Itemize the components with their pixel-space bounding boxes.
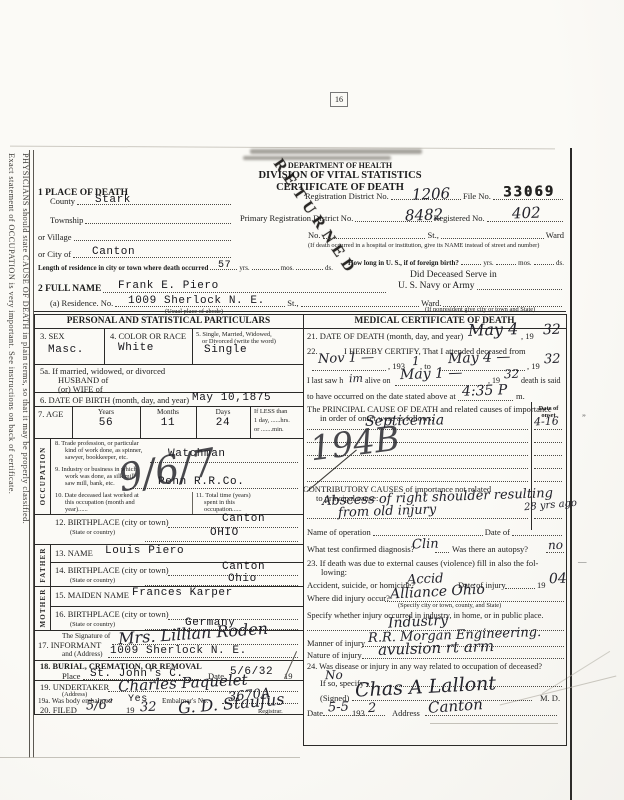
father-birthplace-state: Ohio bbox=[228, 573, 257, 585]
dotted-line bbox=[534, 441, 562, 443]
dotted-line bbox=[458, 399, 513, 401]
city-label: or City of bbox=[38, 250, 71, 260]
attended-to-year-prefix: , 19 bbox=[527, 361, 540, 371]
county-value: Stark bbox=[95, 194, 131, 206]
rule bbox=[250, 406, 251, 438]
file-no-stamp: 33069 bbox=[503, 184, 555, 201]
reg-district-value: 1206 bbox=[412, 184, 451, 203]
rule bbox=[50, 606, 304, 607]
age-label: 7. AGE bbox=[38, 409, 64, 419]
signed-date-value: 5-5 bbox=[328, 700, 349, 716]
age-days-label: Days bbox=[196, 408, 250, 416]
age-years-label: Years bbox=[72, 408, 140, 416]
filed-year-value: 32 bbox=[140, 700, 157, 716]
nature-injury-value: avulsion rt arm bbox=[378, 637, 495, 659]
operation-label: Name of operation bbox=[307, 528, 371, 538]
race-label: 4. COLOR OR RACE bbox=[110, 331, 186, 341]
test-label: What test confirmed diagnosis? bbox=[307, 544, 414, 554]
date-of-death-label: 21. DATE OF DEATH (month, day, and year) bbox=[307, 331, 463, 341]
date-of-death-year-prefix: , 19 bbox=[521, 331, 534, 341]
manner-injury-label: Manner of injury bbox=[307, 638, 365, 648]
date-of-death-year: 32 bbox=[543, 322, 561, 339]
birthplace-sub-label: (State or country) bbox=[70, 529, 115, 537]
rule bbox=[34, 311, 566, 312]
rule bbox=[50, 586, 51, 630]
date-of-birth-label: 6. DATE OF BIRTH (month, day, and year) bbox=[40, 395, 189, 405]
attended-from-value: Nov 1 — bbox=[318, 350, 375, 367]
dotted-line bbox=[323, 714, 385, 716]
item-22-number: 22. bbox=[307, 346, 318, 356]
sex-label: 3. SEX bbox=[40, 331, 65, 341]
rule bbox=[192, 492, 193, 514]
death-is-said-label: death is said bbox=[521, 376, 561, 385]
dotted-line bbox=[534, 454, 562, 456]
dotted-line bbox=[435, 551, 449, 553]
smudged-state-line-2 bbox=[243, 156, 391, 160]
where-injury-note: (Specify city or town, county, and State… bbox=[398, 602, 501, 610]
autopsy-label: Was there an autopsy? bbox=[452, 544, 528, 554]
personal-section-title: PERSONAL AND STATISTICAL PARTICULARS bbox=[34, 316, 303, 327]
industry-label-3: saw mill, bank, etc. bbox=[65, 480, 115, 488]
father-name-label: 13. NAME bbox=[55, 548, 93, 558]
occurred-label: to have occurred on the date stated abov… bbox=[307, 391, 456, 401]
rule bbox=[34, 314, 566, 315]
signed-date-prefix: 193 bbox=[352, 708, 365, 718]
mother-side-label: MOTHER bbox=[39, 588, 47, 627]
dotted-line bbox=[307, 480, 528, 482]
father-name-value: Louis Piero bbox=[105, 545, 184, 557]
husband-wife-label-3: (or) WIFE of bbox=[58, 384, 103, 394]
last-saw-label-1: I last saw h bbox=[307, 376, 343, 385]
mos-label: mos. bbox=[281, 264, 294, 272]
corner-number-box: 16 bbox=[330, 92, 348, 107]
father-birthplace-sub: (State or country) bbox=[70, 577, 115, 585]
date-of-death-value: May 4 bbox=[468, 319, 519, 340]
injury-year-prefix: 19 bbox=[537, 580, 546, 590]
age-days-value: 24 bbox=[196, 417, 250, 429]
residence-value: 1009 Sherlock N. E. bbox=[128, 295, 265, 307]
age-months-value: 11 bbox=[140, 417, 196, 429]
registered-no-value: 402 bbox=[512, 204, 541, 223]
rule bbox=[50, 562, 304, 563]
filed-year-prefix: 19 bbox=[126, 705, 135, 715]
rule bbox=[34, 660, 304, 661]
navy-row: U. S. Navy or Army bbox=[398, 281, 564, 292]
dotted-line bbox=[534, 467, 562, 469]
filed-date-value: 5/6” bbox=[86, 698, 114, 714]
ward-label: Ward bbox=[546, 231, 564, 241]
dotted-line bbox=[312, 369, 386, 371]
street-ward-row: No. St., Ward bbox=[308, 231, 564, 241]
smudged-state-line-1 bbox=[250, 149, 422, 154]
full-name-label: 2 FULL NAME bbox=[38, 284, 101, 295]
residence-label: (a) Residence. No. bbox=[50, 299, 113, 309]
st-label: St., bbox=[427, 231, 438, 241]
corner-number: 16 bbox=[331, 95, 347, 104]
st-label-2: St., bbox=[287, 299, 298, 309]
age-less-label-2: 1 day, ......hrs. bbox=[254, 417, 290, 425]
city-value: Canton bbox=[92, 246, 135, 258]
county-label: County bbox=[50, 197, 75, 207]
dotted-line bbox=[534, 480, 562, 482]
margin-dash-mark: — bbox=[578, 556, 587, 566]
injury-year-value: 04 bbox=[549, 571, 567, 588]
margin-instructions-line2: Exact statement of OCCUPATION is very im… bbox=[7, 153, 16, 494]
dotted-line bbox=[505, 587, 535, 589]
margin-instructions-line1: PHYSICIANS should state CAUSE OF DEATH i… bbox=[21, 153, 30, 524]
margin-ditto-mark: ” bbox=[582, 412, 586, 422]
age-less-label-1: If LESS than bbox=[254, 408, 287, 416]
file-no-label: File No. bbox=[463, 192, 491, 202]
primary-reg-label: Primary Registration District No. bbox=[240, 214, 353, 224]
township-row: Township bbox=[50, 216, 233, 226]
village-row: or Village bbox=[38, 233, 233, 243]
registrar-label: Registrar. bbox=[258, 708, 283, 716]
township-label: Township bbox=[50, 216, 83, 226]
scan-faint-line bbox=[430, 723, 558, 724]
rule bbox=[50, 438, 51, 514]
informant-address: 1009 Sherlock N. E. bbox=[110, 645, 247, 657]
ds-label-2: ds. bbox=[556, 259, 564, 267]
rule bbox=[566, 314, 567, 745]
age-years-value: 56 bbox=[72, 417, 140, 429]
rule bbox=[303, 745, 567, 746]
signed-address-label: Address bbox=[392, 708, 420, 718]
primary-reg-value: 8482 bbox=[405, 205, 444, 224]
medical-section-title: MEDICAL CERTIFICATE OF DEATH bbox=[303, 316, 566, 327]
yrs-label: yrs. bbox=[239, 264, 249, 272]
filed-label: 20. FILED bbox=[40, 705, 77, 715]
rule bbox=[34, 406, 304, 407]
death-certificate-scan: 16 PHYSICIANS should state CAUSE OF DEAT… bbox=[0, 0, 624, 800]
residence-length-label: Length of residence in city or town wher… bbox=[38, 264, 208, 272]
reg-district-label: Registration District No. bbox=[305, 192, 389, 202]
nature-injury-label: Nature of injury bbox=[307, 650, 362, 660]
last-worked-label-3: year)...... bbox=[65, 506, 88, 514]
cause-code-scrawl: 194B bbox=[308, 419, 402, 470]
last-saw-date: May 1 — bbox=[400, 365, 463, 383]
residence-length-row: Length of residence in city or town wher… bbox=[38, 264, 333, 272]
occurred-m-label: m. bbox=[516, 391, 525, 401]
occupation-side-label: OCCUPATION bbox=[39, 447, 47, 506]
dotted-line bbox=[546, 551, 564, 553]
father-birthplace-label: 14. BIRTHPLACE (city or town) bbox=[55, 565, 169, 575]
residence-length-value: 57 bbox=[218, 260, 231, 271]
birthplace-city-value: Canton bbox=[222, 513, 265, 525]
hospital-note: (If death occurred in a hospital or inst… bbox=[308, 242, 539, 250]
attended-to-year-digit: 32 bbox=[544, 352, 561, 368]
marital-value: Single bbox=[204, 344, 247, 356]
last-saw-him: im bbox=[349, 372, 363, 385]
scan-bottom-smudge-line bbox=[0, 757, 300, 758]
scan-edge-right bbox=[570, 148, 572, 800]
operation-date-label: Date of bbox=[485, 528, 510, 538]
dotted-line bbox=[534, 517, 562, 519]
nonresident-note: (If nonresident give city or town and St… bbox=[425, 306, 535, 314]
mother-birthplace-label: 16. BIRTHPLACE (city or town) bbox=[55, 609, 169, 619]
dotted-line bbox=[534, 428, 562, 430]
external-causes-label-2: lowing: bbox=[321, 567, 347, 577]
village-label: or Village bbox=[38, 233, 72, 243]
where-injury-label: Where did injury occur? bbox=[307, 593, 390, 603]
no-label: No. bbox=[308, 231, 321, 241]
rule bbox=[34, 438, 304, 439]
yrs-label-2: yrs. bbox=[483, 259, 493, 267]
signed-date-label: Date bbox=[307, 708, 323, 718]
race-value: White bbox=[118, 342, 154, 354]
informant-label-3: and (Address) bbox=[62, 650, 103, 658]
age-less-label-3: or .......min. bbox=[254, 426, 284, 434]
rule bbox=[192, 328, 193, 364]
navy-label-2: U. S. Navy or Army bbox=[398, 281, 475, 292]
father-birthplace-city: Canton bbox=[222, 561, 265, 573]
father-side-label: FATHER bbox=[39, 547, 47, 582]
sex-value: Masc. bbox=[48, 344, 84, 356]
ds-label: ds. bbox=[325, 264, 333, 272]
mother-maiden-value: Frances Karper bbox=[132, 587, 233, 599]
age-months-label: Months bbox=[140, 408, 196, 416]
occurred-time-value: 4:35 P bbox=[462, 382, 508, 400]
navy-label-1: Did Deceased Serve in bbox=[410, 270, 497, 281]
informant-label-2: 17. INFORMANT bbox=[38, 640, 101, 650]
birthplace-label: 12. BIRTHPLACE (city or town) bbox=[55, 517, 169, 527]
foreign-birth-row: How long in U. S., if of foreign birth? … bbox=[348, 259, 564, 267]
principal-cause-onset: 4-16 bbox=[534, 415, 559, 429]
rule bbox=[50, 544, 51, 586]
header-division: DIVISION OF VITAL STATISTICS bbox=[225, 170, 455, 182]
mother-maiden-label: 15. MAIDEN NAME bbox=[55, 590, 129, 600]
signed-address-value: Canton bbox=[427, 695, 483, 717]
date-of-birth-value: May 10,1875 bbox=[192, 392, 271, 404]
md-label: M. D. bbox=[540, 693, 560, 703]
mother-birthplace-sub: (State or country) bbox=[70, 621, 115, 629]
rule bbox=[104, 328, 105, 364]
last-saw-year: 32 bbox=[504, 367, 520, 382]
dotted-line bbox=[307, 467, 528, 469]
birthplace-state-value: OHIO bbox=[210, 527, 239, 539]
city-row: or City of bbox=[38, 250, 233, 260]
mos-label-2: mos. bbox=[518, 259, 531, 267]
last-saw-label-2: alive on bbox=[365, 376, 391, 385]
rule bbox=[34, 364, 304, 365]
full-name-value: Frank E. Piero bbox=[118, 280, 219, 292]
county-row: County bbox=[50, 197, 233, 207]
foreign-birth-label: How long in U. S., if of foreign birth? bbox=[348, 259, 459, 267]
dotted-line bbox=[307, 517, 528, 519]
dotted-line bbox=[145, 540, 298, 542]
